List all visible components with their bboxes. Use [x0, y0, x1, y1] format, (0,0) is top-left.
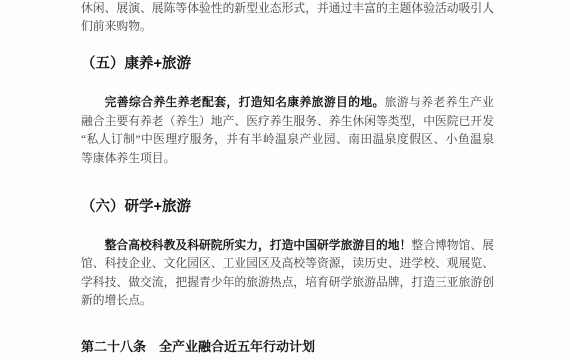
text-run: 旅游与养老养生产业 [385, 95, 494, 109]
text-line: 们前来购物。 [81, 17, 494, 36]
document-page: 休闲、展演、展陈等体验性的新型业态形式，并通过丰富的主题体验活动吸引人 们前来购… [0, 0, 570, 360]
lead-sentence: 整合高校科教及科研院所实力，打造中国研学旅游目的地！ [105, 238, 412, 252]
text-line: 新的增长点。 [81, 291, 494, 310]
paragraph-intro: 休闲、展演、展陈等体验性的新型业态形式，并通过丰富的主题体验活动吸引人 们前来购… [81, 0, 494, 36]
text-line: 融合主要有养老（养生）地产、医疗养生服务、养生休闲等类型，中医院已开发 [81, 112, 494, 131]
section-heading-6: （六）研学+旅游 [81, 198, 191, 216]
text-line: 休闲、展演、展陈等体验性的新型业态形式，并通过丰富的主题体验活动吸引人 [81, 0, 494, 17]
paragraph-section6: 整合高校科教及科研院所实力，打造中国研学旅游目的地！整合博物馆、展 馆、科技企业… [81, 236, 494, 310]
text-line: “私人订制”中医理疗服务，并有半岭温泉产业园、南田温泉度假区、小鱼温泉 [81, 130, 494, 149]
article-heading-28: 第二十八条 全产业融合近五年行动计划 [81, 338, 315, 356]
paragraph-section5: 完善综合养生养老配套，打造知名康养旅游目的地。旅游与养老养生产业 融合主要有养老… [81, 93, 494, 167]
text-line: 学科技、做交流，把握青少年的旅游热点，培育研学旅游品牌，打造三亚旅游创 [81, 273, 494, 292]
text-line: 馆、科技企业、文化园区、工业园区及高校等资源，读历史、进学校、观展览、 [81, 254, 494, 273]
text-line: 完善综合养生养老配套，打造知名康养旅游目的地。旅游与养老养生产业 [81, 93, 494, 112]
section-heading-5: （五）康养+旅游 [81, 55, 191, 73]
text-line: 整合高校科教及科研院所实力，打造中国研学旅游目的地！整合博物馆、展 [81, 236, 494, 255]
lead-sentence: 完善综合养生养老配套，打造知名康养旅游目的地。 [105, 95, 385, 109]
text-run: 整合博物馆、展 [411, 238, 494, 252]
text-line: 等康体养生项目。 [81, 149, 494, 168]
